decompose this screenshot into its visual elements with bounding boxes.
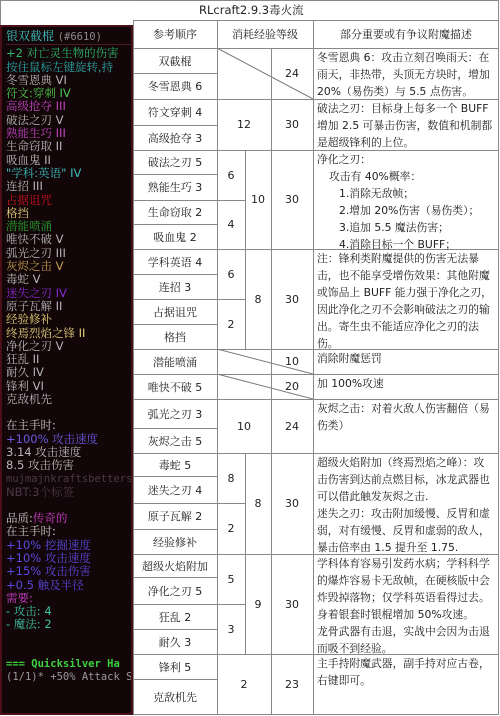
- level-cost: 24: [271, 399, 313, 453]
- description-paragraph: 破法之刃：目标身上每多一个 BUFF 增加 2.5 可暴击伤害，数值和机制都是超…: [317, 100, 495, 151]
- tooltip-enchant-line: "学科:英语" IV: [6, 167, 131, 180]
- tooltip-enchant-line: 生命窃取 II: [6, 140, 131, 153]
- grid-line: [133, 476, 217, 477]
- tooltip-enchant-line: 潜能喷涌: [6, 220, 131, 233]
- bonus-stat: +10% 攻击速度: [6, 552, 131, 565]
- grid-line: [498, 0, 499, 714]
- header-cost: 消耗经验等级: [217, 20, 313, 48]
- requirements-label: 需要:: [6, 592, 131, 605]
- tooltip-enchant-line: 原子瓦解 II: [6, 300, 131, 313]
- description-paragraph: 主手持附魔武器，副手持对应古卷，右键即可。: [317, 655, 495, 689]
- order-item: 经验修补: [133, 529, 217, 554]
- tooltip-enchant-line: 高级抢夺 III: [6, 100, 131, 113]
- enchant-description: 超级火焰附加（终焉烈焰之峰）：攻击伤害到达前点燃目标，冰龙武器也可以借此触发灰烬…: [313, 453, 499, 554]
- order-item: 符文穿刺 4: [133, 99, 217, 125]
- group-cost: 10: [245, 150, 271, 249]
- tooltip-enchant-line: +2 对亡灵生物的伤害: [6, 47, 131, 60]
- grid-line: [133, 274, 217, 275]
- tooltip-enchant-line: 破法之刃 V: [6, 114, 131, 127]
- level-cost: 20: [271, 374, 313, 399]
- tooltip-enchant-line: 连招 III: [6, 180, 131, 193]
- mainhand-stats: +100% 攻击速度 3.14 攻击速度 8.5 攻击伤害: [6, 433, 131, 473]
- grid-line: [133, 299, 217, 300]
- grid-line: [271, 48, 272, 714]
- set-line: === Quicksilver Ha: [6, 658, 131, 671]
- set-bonus: (1/1)* +50% Attack S: [6, 671, 131, 684]
- description-paragraph: 注：锋利类附魔提供的伤害无法暴击，也不能享受增伤效果：其他附魔或饰品上 BUFF…: [317, 250, 495, 352]
- level-cost: 30: [271, 453, 313, 554]
- tooltip-enchant-line: 耐久 IV: [6, 366, 131, 379]
- tooltip-enchant-line: 唯快不破 V: [6, 233, 131, 246]
- quality-label: 品质:: [6, 511, 33, 525]
- group-cost: 2: [217, 654, 271, 714]
- enchant-description: 破法之刃：目标身上每多一个 BUFF 增加 2.5 可暴击伤害，数值和机制都是超…: [313, 99, 499, 150]
- tooltip-enchant-line: 占据诅咒: [6, 194, 131, 207]
- description-paragraph: 超级火焰附加（终焉烈焰之峰）：攻击伤害到达前点燃目标，冰龙武器也可以借此触发灰烬…: [317, 454, 495, 505]
- tooltip-enchant-line: 冬雪恩典 VI: [6, 74, 131, 87]
- description-paragraph: 身着银套时银棍增加 50%攻速。: [317, 606, 495, 623]
- requirement-line: - 攻击: 4: [6, 605, 131, 618]
- grid-line: [133, 200, 217, 201]
- order-item: 潜能喷涌: [133, 349, 217, 374]
- sub-cost: 5: [217, 554, 245, 604]
- group-cost: 12: [217, 99, 271, 150]
- tooltip-enchant-line: 吸血鬼 II: [6, 154, 131, 167]
- order-item: 熟能生巧 3: [133, 174, 217, 200]
- order-item: 吸血鬼 2: [133, 224, 217, 249]
- enchant-description: 消除附魔惩罚: [313, 349, 499, 374]
- description-paragraph: 龙骨武器有击退，实战中会因为击退而吸不到经验。: [317, 623, 495, 657]
- grid-line: [133, 629, 217, 630]
- grid-line: [133, 73, 217, 74]
- sub-cost: 6: [217, 150, 245, 200]
- tooltip-enchant-line: 熟能生巧 III: [6, 127, 131, 140]
- description-paragraph: 消除附魔惩罚: [317, 350, 495, 367]
- order-item: 毒蛇 5: [133, 453, 217, 476]
- grid-line: [133, 529, 217, 530]
- tooltip-enchant-line: 弧光之刃 III: [6, 247, 131, 260]
- grid-line: [217, 604, 245, 605]
- tooltip-enchant-line: 符文:穿刺 IV: [6, 87, 131, 100]
- order-item: 格挡: [133, 324, 217, 349]
- tooltip-enchant-line: 格挡: [6, 207, 131, 220]
- description-paragraph: 1.消除无敌帧；: [317, 185, 495, 202]
- enchant-description: 灰烬之击：对着火敌人伤害翻倍（易伤类）: [313, 399, 499, 453]
- header-desc: 部分重要或有争议附魔描述: [313, 20, 499, 48]
- sub-cost: 2: [217, 299, 245, 349]
- item-title: 银双截棍 (#6610): [6, 30, 131, 45]
- description-paragraph: 迷失之刃：攻击附加缓慢、反胃和虚弱，对有缓慢、反胃和虚弱的敌人，暴击倍率由 1.…: [317, 505, 495, 556]
- mainhand-label: 在主手时:: [6, 419, 131, 432]
- grid-line: [133, 679, 217, 680]
- grid-line: [217, 503, 245, 504]
- sub-cost: 8: [217, 453, 245, 503]
- grid-line: [133, 503, 217, 504]
- group-cost: 10: [217, 399, 271, 453]
- description-paragraph: 灰烬之击：对着火敌人伤害翻倍（易伤类）: [317, 400, 495, 434]
- enchant-description: 加 100%攻速: [313, 374, 499, 399]
- tooltip-enchant-line: 迷失之刃 IV: [6, 287, 131, 300]
- quality-value: 传奇的: [33, 511, 68, 525]
- sub-cost: 2: [217, 503, 245, 554]
- bonus-stat: +0.5 触及半径: [6, 579, 131, 592]
- enchant-table: RLcraft2.9.3毒火流 参考顺序消耗经验等级部分重要或有争议附魔描述双截…: [133, 0, 499, 715]
- bonus-stat: +10% 挖掘速度: [6, 539, 131, 552]
- description-paragraph: 攻击有 40%概率：: [317, 168, 495, 185]
- mainhand-stat: 8.5 攻击伤害: [6, 459, 131, 472]
- description-paragraph: 学科体育容易引发药水病；学科科学的爆炸容易卡无敌帧，在硬核版中会炸毁掉落物；仅学…: [317, 555, 495, 606]
- tooltip-enchant-line: 终焉烈焰之锋 II: [6, 327, 131, 340]
- tooltip-enchant-line: 按住鼠标左键旋转,持: [6, 61, 131, 74]
- order-item: 灰烬之击 5: [133, 428, 217, 453]
- item-id: (#6610): [58, 31, 102, 43]
- order-item: 生命窃取 2: [133, 200, 217, 224]
- tooltip-enchant-line: 克敌机先: [6, 393, 131, 406]
- item-tooltip: 银双截棍 (#6610) +2 对亡灵生物的伤害按住鼠标左键旋转,持冬雪恩典 V…: [0, 25, 133, 715]
- tooltip-enchant-line: 毒蛇 V: [6, 273, 131, 286]
- level-cost: 30: [271, 249, 313, 349]
- item-name: 银双截棍: [6, 29, 54, 43]
- order-item: 连招 3: [133, 274, 217, 299]
- requirements-list: - 攻击: 4 - 魔法: 2: [6, 605, 131, 632]
- order-item: 冬雪恩典 6: [133, 73, 217, 99]
- document-title: RLcraft2.9.3毒火流: [133, 0, 499, 20]
- order-item: 耐久 3: [133, 629, 217, 654]
- description-paragraph: 净化之刃：: [317, 151, 495, 168]
- grid-line: [133, 324, 217, 325]
- description-paragraph: 3.追加 5.5 魔法伤害；: [317, 219, 495, 236]
- sub-cost: 6: [217, 249, 245, 299]
- header-order: 参考顺序: [133, 20, 217, 48]
- level-cost: 10: [271, 349, 313, 374]
- order-item: 双截棍: [133, 48, 217, 73]
- grid-line: [133, 224, 217, 225]
- mainhand-stat: 3.14 攻击速度: [6, 446, 131, 459]
- grid-line: [133, 20, 134, 714]
- enchant-description: 注：锋利类附魔提供的伤害无法暴击，也不能享受增伤效果：其他附魔或饰品上 BUFF…: [313, 249, 499, 349]
- grid-line: [133, 174, 217, 175]
- order-item: 狂乱 2: [133, 604, 217, 629]
- enchant-description: 学科体育容易引发药水病；学科科学的爆炸容易卡无敌帧，在硬核版中会炸毁掉落物；仅学…: [313, 554, 499, 654]
- level-cost: 30: [271, 150, 313, 249]
- group-cost: 9: [245, 554, 271, 654]
- mod-line: mujmajnkraftsbetters: [6, 473, 131, 486]
- grid-line: [217, 299, 245, 300]
- grid-line: [313, 20, 314, 714]
- order-item: 占据诅咒: [133, 299, 217, 324]
- tooltip-enchant-line: 锋利 VI: [6, 380, 131, 393]
- order-item: 高级抢夺 3: [133, 125, 217, 150]
- grid-line: [217, 20, 218, 714]
- order-item: 学科英语 4: [133, 249, 217, 274]
- sub-cost: 3: [217, 604, 245, 654]
- sub-cost: 4: [217, 200, 245, 249]
- order-item: 弧光之刃 3: [133, 399, 217, 428]
- grid-line: [133, 577, 217, 578]
- mainhand-label-2: 在主手时:: [6, 525, 131, 538]
- quality-line: 品质:传奇的: [6, 512, 131, 525]
- level-cost: 30: [271, 554, 313, 654]
- group-cost: 8: [245, 249, 271, 349]
- order-item: 锋利 5: [133, 654, 217, 679]
- enchant-list: +2 对亡灵生物的伤害按住鼠标左键旋转,持冬雪恩典 VI符文:穿刺 IV高级抢夺…: [6, 47, 131, 406]
- tooltip-enchant-line: 净化之刃 V: [6, 340, 131, 353]
- nbt-line: NBT:3个标签: [6, 486, 131, 499]
- grid-line: [133, 714, 499, 715]
- order-item: 超级火焰附加: [133, 554, 217, 577]
- level-cost: 23: [271, 654, 313, 714]
- description-paragraph: 2.增加 20%伤害（易伤类）；: [317, 202, 495, 219]
- description-paragraph: 加 100%攻速: [317, 375, 495, 392]
- grid-line: [133, 604, 217, 605]
- description-paragraph: 冬雪恩典 6：攻击立刻召唤雨天：在雨天，非热带，头顶无方块时，增加 20%（易伤…: [317, 49, 495, 100]
- tooltip-enchant-line: 灰烬之击 V: [6, 260, 131, 273]
- grid-line: [133, 0, 499, 1]
- bonus-stat: +15% 攻击伤害: [6, 565, 131, 578]
- order-item: 唯快不破 5: [133, 374, 217, 399]
- enchant-description: 主手持附魔武器，副手持对应古卷，右键即可。: [313, 654, 499, 714]
- level-cost: 24: [271, 48, 313, 99]
- bonus-stats: +10% 挖掘速度 +10% 攻击速度 +15% 攻击伤害 +0.5 触及半径: [6, 539, 131, 592]
- order-item: 净化之刃 5: [133, 577, 217, 604]
- order-item: 迷失之刃 4: [133, 476, 217, 503]
- order-item: 克敌机先: [133, 679, 217, 714]
- enchant-description: 冬雪恩典 6：攻击立刻召唤雨天：在雨天，非热带，头顶无方块时，增加 20%（易伤…: [313, 48, 499, 99]
- grid-line: [133, 125, 217, 126]
- group-cost: 8: [245, 453, 271, 554]
- requirement-line: - 魔法: 2: [6, 618, 131, 631]
- enchant-description: 净化之刃：攻击有 40%概率：1.消除无敌帧；2.增加 20%伤害（易伤类）；3…: [313, 150, 499, 249]
- level-cost: 30: [271, 99, 313, 150]
- tooltip-enchant-line: 经验修补: [6, 313, 131, 326]
- order-item: 破法之刃 5: [133, 150, 217, 174]
- tooltip-enchant-line: 狂乱 II: [6, 353, 131, 366]
- grid-line: [133, 428, 217, 429]
- order-item: 原子瓦解 2: [133, 503, 217, 529]
- grid-line: [217, 200, 245, 201]
- mainhand-stat: +100% 攻击速度: [6, 433, 131, 446]
